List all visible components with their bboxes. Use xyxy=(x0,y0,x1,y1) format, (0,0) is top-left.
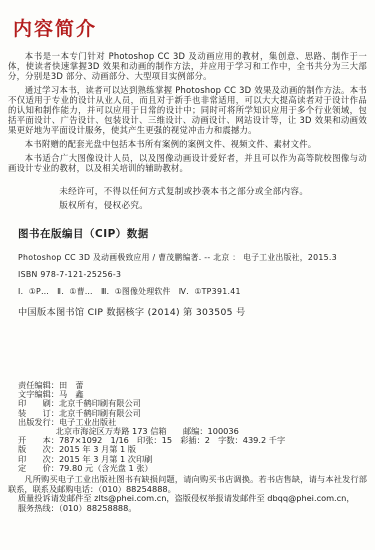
colophon-separator: ： xyxy=(51,463,59,473)
intro-paragraph: 本书是一本专门针对 Photoshop CC 3D 及动画应用的教材，集创意、思… xyxy=(8,51,367,81)
colophon-label: 定 价 xyxy=(18,464,51,473)
cip-classification: Ⅰ．①P… Ⅱ．①曹… Ⅲ．①图像处理软件 Ⅳ．①TP391.41 xyxy=(18,283,367,300)
cip-record-number: 中国版本图书馆 CIP 数据核字 (2014) 第 303505 号 xyxy=(18,304,367,318)
cip-entry: Photoshop CC 3D 及动画极致应用 / 曹茂鹏编著. -- 北京 ：… xyxy=(18,249,367,266)
intro-paragraph: 通过学习本书，读者可以达到熟练掌握 Photoshop CC 3D 效果及动画的… xyxy=(8,85,367,135)
colophon-line-price: 定 价：79.80 元（含光盘 1 张） xyxy=(18,464,367,473)
intro-paragraph: 本书适合广大图像设计人员，以及图像动画设计爱好者，并且可以作为高等院校图像与动画… xyxy=(8,153,367,173)
cip-heading: 图书在版编目（CIP）数据 xyxy=(18,226,367,241)
cip-section: 图书在版编目（CIP）数据 Photoshop CC 3D 及动画极致应用 / … xyxy=(18,226,367,300)
copyright-page: 内容简介 本书是一本专门针对 Photoshop CC 3D 及动画应用的教材，… xyxy=(0,0,375,550)
service-hotline-line: 服务热线：（010）88258888。 xyxy=(18,504,367,514)
colophon-section: 责任编辑：田 蕾 文字编辑：马 鑫 印 刷：北京千鹤印刷有限公司 装 订：北京千… xyxy=(18,381,367,473)
copyright-notice-line: 版权所有，侵权必究。 xyxy=(59,199,367,213)
copyright-notice-line: 未经许可，不得以任何方式复制或抄袭本书之部分或全部内容。 xyxy=(59,185,367,199)
copyright-notice: 未经许可，不得以任何方式复制或抄袭本书之部分或全部内容。 版权所有，侵权必究。 xyxy=(59,185,367,213)
page-title: 内容简介 xyxy=(13,14,367,41)
intro-paragraph: 本书附赠的配套光盘中包括本书所有案例的案例文件、视频文件、素材文件。 xyxy=(8,139,367,149)
exchange-notice: 凡所购买电子工业出版社图书有缺损问题，请向购买书店调换。若书店售缺，请与本社发行… xyxy=(8,475,367,494)
isbn-line: ISBN 978-7-121-25256-3 xyxy=(18,266,367,283)
colophon-label: 出版发行 xyxy=(18,418,51,427)
colophon-value: 79.80 元（含光盘 1 张） xyxy=(59,463,153,473)
content-intro-section: 本书是一本专门针对 Photoshop CC 3D 及动画应用的教材，集创意、思… xyxy=(8,51,367,173)
footer-notices: 凡所购买电子工业出版社图书有缺损问题，请向购买书店调换。若书店售缺，请与本社发行… xyxy=(8,475,367,513)
